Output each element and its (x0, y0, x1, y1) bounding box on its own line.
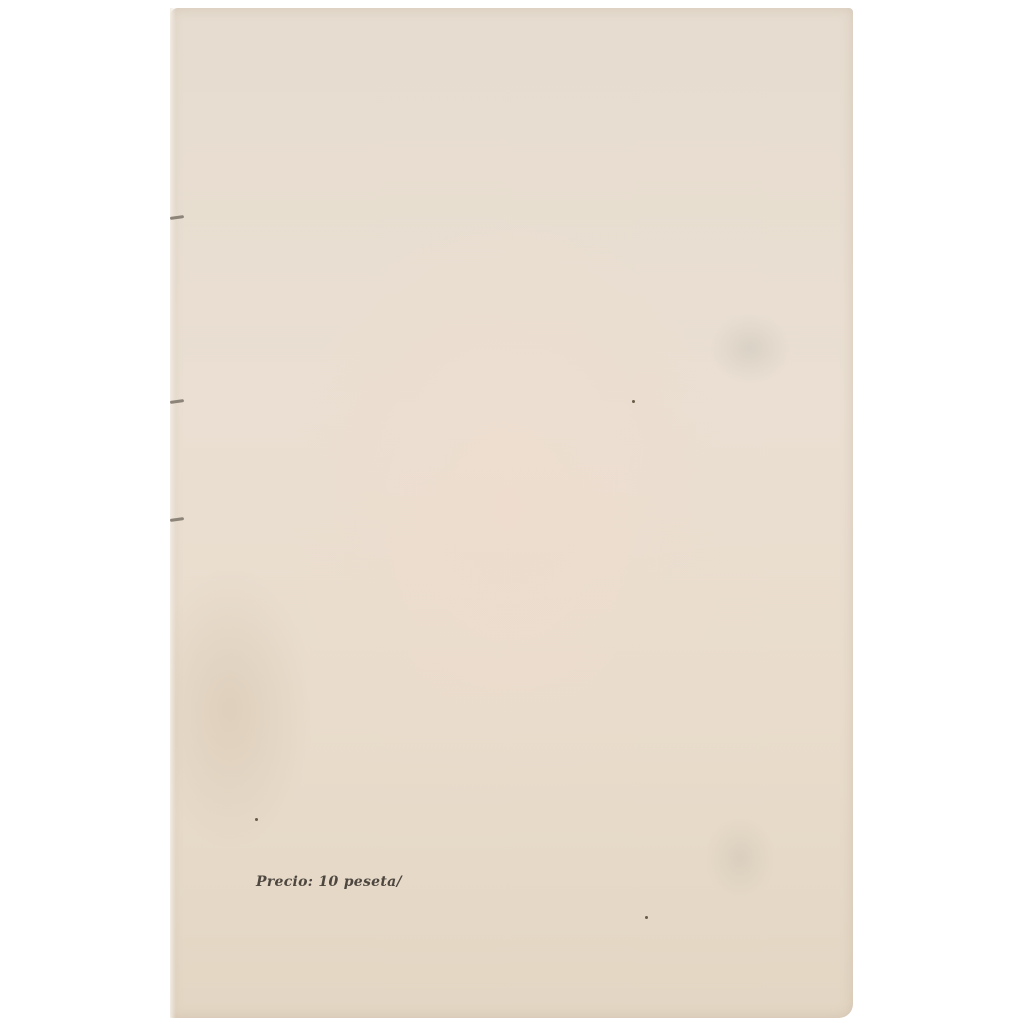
spine-edge (170, 8, 176, 1018)
stitch-mark (170, 399, 184, 404)
stitch-mark (170, 517, 184, 522)
paper-speck (255, 818, 258, 821)
price-label: Precio: 10 peseta/ (256, 874, 402, 890)
paper-speck (645, 916, 648, 919)
paper-speck (632, 400, 635, 403)
stitch-mark (170, 215, 184, 220)
book-back-cover: Precio: 10 peseta/ (170, 8, 853, 1018)
